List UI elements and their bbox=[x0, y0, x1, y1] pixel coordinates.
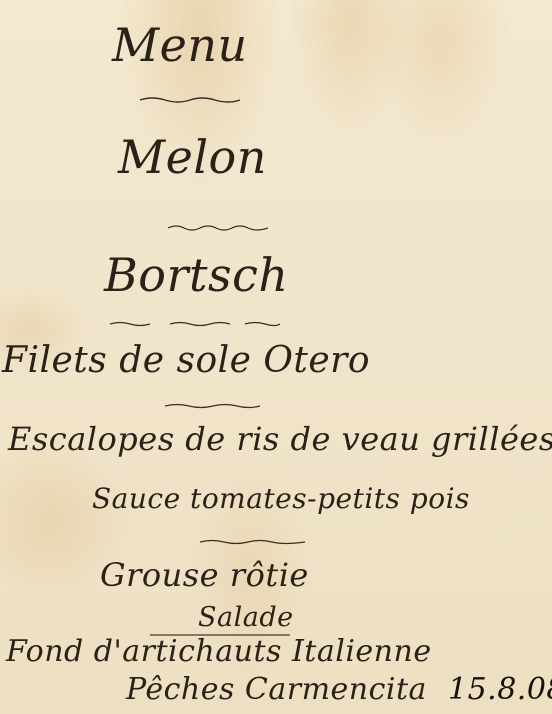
course-escalopes: Escalopes de ris de veau grillées bbox=[8, 420, 552, 458]
course-peches: Pêches Carmencita bbox=[126, 672, 427, 707]
divider-flourish bbox=[200, 538, 305, 546]
course-salade: Salade bbox=[198, 602, 294, 633]
course-fond-artichauts: Fond d'artichauts Italienne bbox=[6, 634, 432, 669]
divider-flourish bbox=[165, 402, 260, 410]
course-bortsch: Bortsch bbox=[104, 248, 288, 302]
course-grouse: Grouse rôtie bbox=[100, 556, 309, 594]
course-melon: Melon bbox=[118, 130, 267, 184]
course-filets-de-sole: Filets de sole Otero bbox=[2, 340, 370, 381]
menu-title: Menu bbox=[112, 18, 248, 72]
divider-flourish bbox=[168, 224, 268, 232]
divider-flourish bbox=[110, 320, 280, 328]
divider-flourish bbox=[140, 96, 240, 104]
course-sauce: Sauce tomates-petits pois bbox=[92, 482, 470, 515]
menu-date: 15.8.08 bbox=[448, 672, 552, 707]
